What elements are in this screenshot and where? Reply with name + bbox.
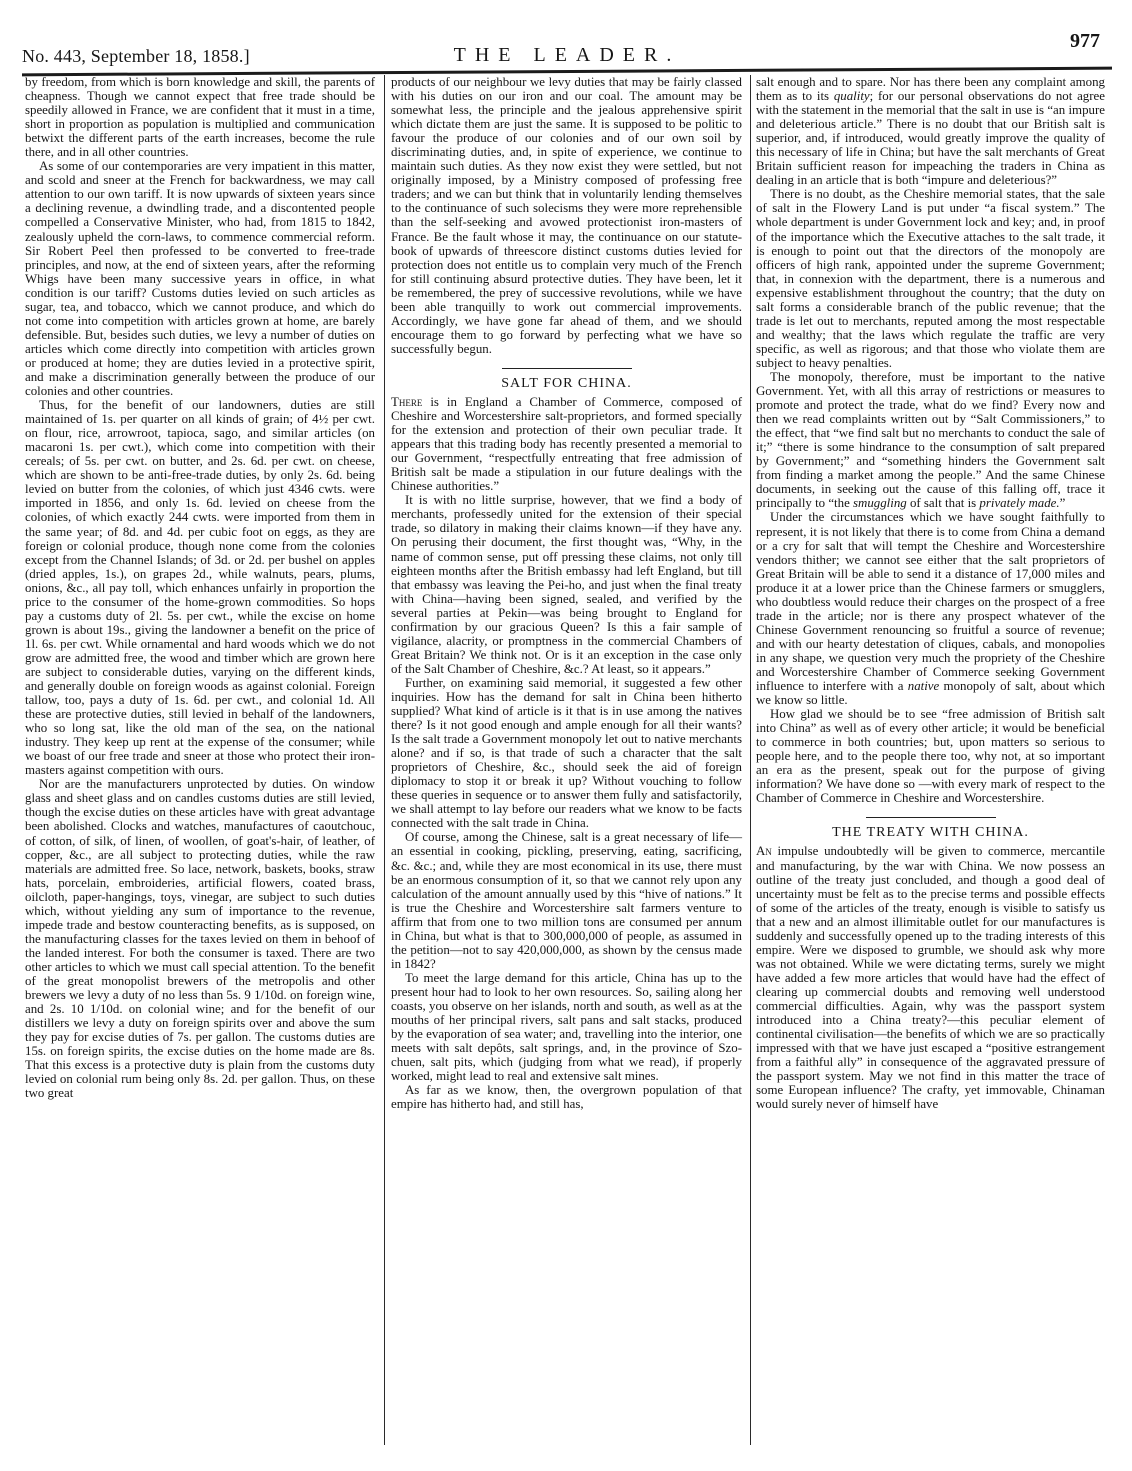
section-separator xyxy=(502,368,632,369)
paragraph-lead: There is in England a Chamber of Commerc… xyxy=(391,395,742,493)
lead-text: is in England a Chamber of Commerce, com… xyxy=(391,395,742,493)
section-separator xyxy=(866,817,996,818)
paragraph: The monopoly, therefore, must be importa… xyxy=(756,370,1105,510)
lead-word: There xyxy=(391,395,422,409)
paragraph: Under the circumstances which we have so… xyxy=(756,510,1105,707)
italic-text: privately made. xyxy=(979,496,1059,510)
column-divider xyxy=(384,75,385,1445)
newspaper-title: THE LEADER. xyxy=(22,44,1112,67)
paragraph: Thus, for the benefit of our landowners,… xyxy=(25,398,375,777)
italic-text: native xyxy=(908,679,940,693)
headline-salt-for-china: SALT FOR CHINA. xyxy=(391,377,742,391)
page-number: 977 xyxy=(1070,30,1100,53)
lead-text: impulse undoubtedly will be given to com… xyxy=(756,844,1105,1111)
article-columns: by freedom, from which is born knowledge… xyxy=(0,75,1132,1455)
lead-word: An xyxy=(756,844,772,858)
italic-text: smuggling xyxy=(853,496,907,510)
paragraph: Of course, among the Chinese, salt is a … xyxy=(391,830,742,970)
paragraph: by freedom, from which is born knowledge… xyxy=(25,75,375,159)
paragraph: How glad we should be to see “free admis… xyxy=(756,707,1105,805)
paragraph: Further, on examining said memorial, it … xyxy=(391,676,742,831)
paragraph: products of our neighbour we levy duties… xyxy=(391,75,742,356)
column-divider xyxy=(750,75,751,1445)
column-right: salt enough and to spare. Nor has there … xyxy=(756,75,1105,1111)
column-left: by freedom, from which is born knowledge… xyxy=(25,75,375,1100)
italic-text: quality xyxy=(834,89,870,103)
paragraph: To meet the large demand for this articl… xyxy=(391,971,742,1083)
paragraph: As far as we know, then, the overgrown p… xyxy=(391,1083,742,1111)
headline-treaty-with-china: THE TREATY WITH CHINA. xyxy=(756,826,1105,840)
column-middle: products of our neighbour we levy duties… xyxy=(391,75,742,1111)
paragraph: It is with no little surprise, however, … xyxy=(391,493,742,676)
paragraph: salt enough and to spare. Nor has there … xyxy=(756,75,1105,187)
masthead: No. 443, September 18, 1858.] THE LEADER… xyxy=(22,18,1112,70)
paragraph: There is no doubt, as the Cheshire memor… xyxy=(756,187,1105,370)
paragraph: As some of our contemporaries are very i… xyxy=(25,159,375,398)
paragraph-lead: An impulse undoubtedly will be given to … xyxy=(756,844,1105,1111)
paragraph: Nor are the manufacturers unprotected by… xyxy=(25,777,375,1100)
